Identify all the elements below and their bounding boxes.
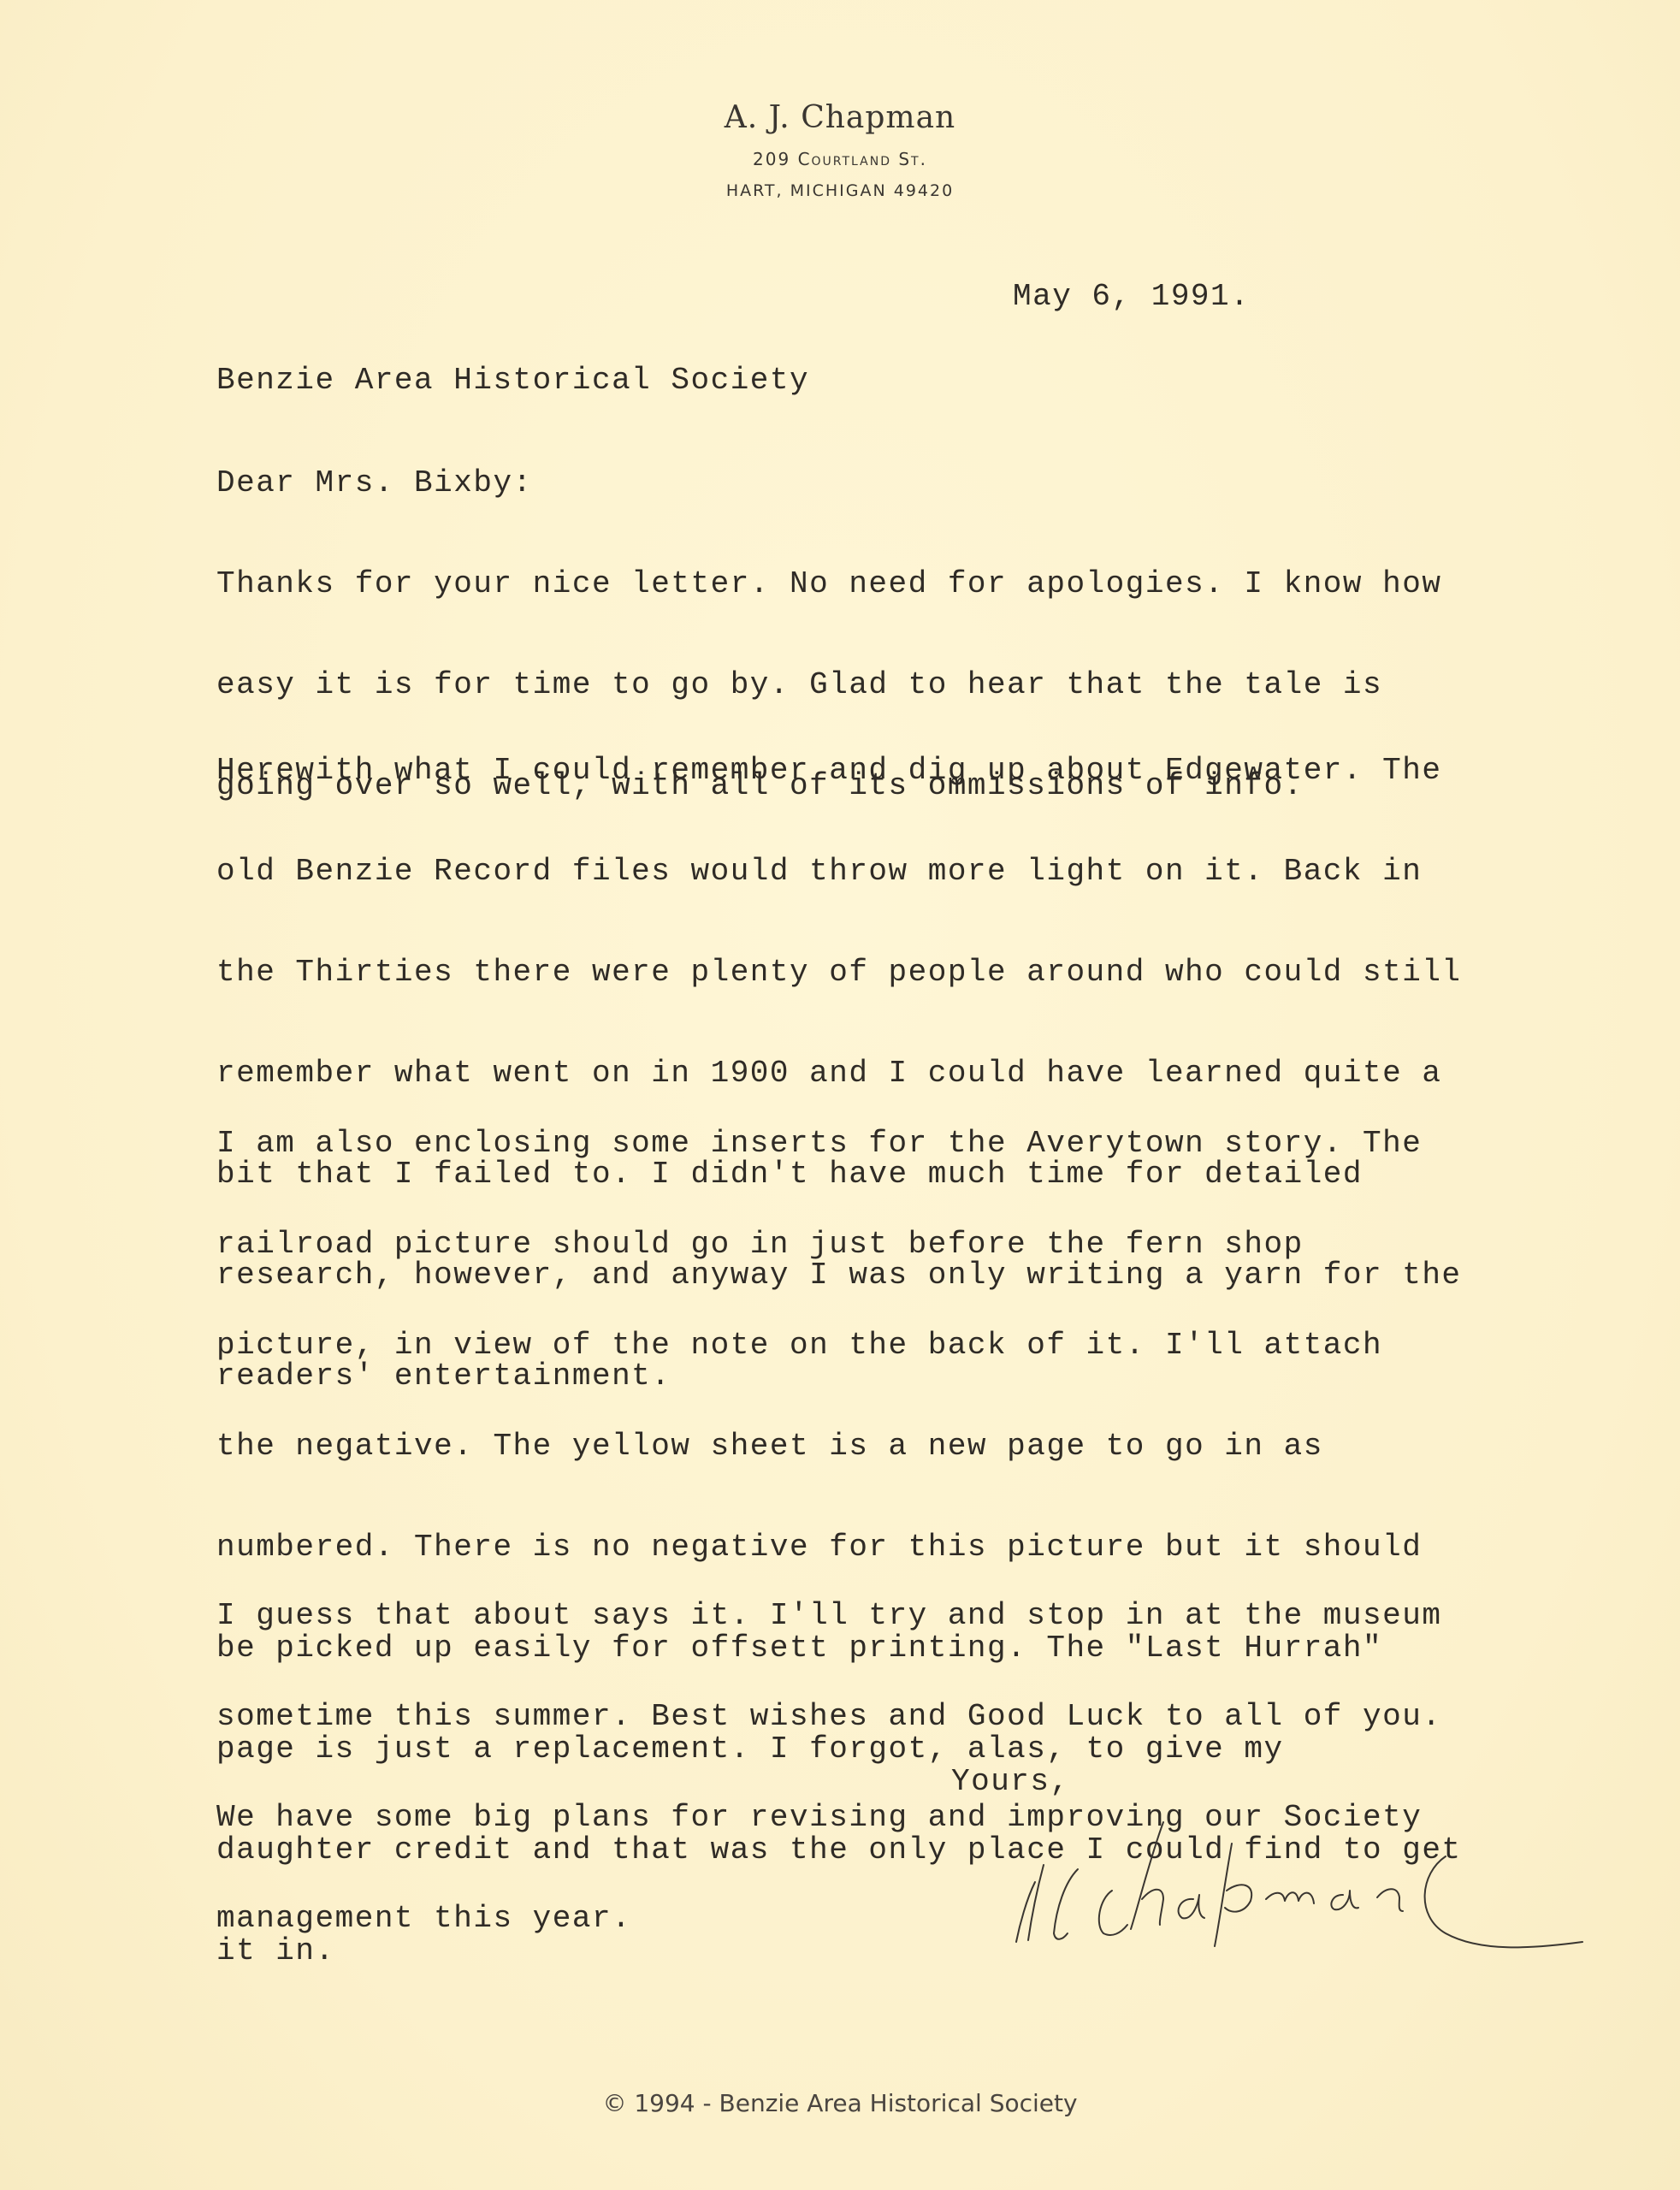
- letter-page: A. J. Chapman 209 Courtland St. HART, MI…: [0, 0, 1680, 2190]
- letter-recipient: Benzie Area Historical Society: [216, 363, 809, 398]
- text-line: I guess that about says it. I'll try and…: [216, 1590, 1585, 1641]
- text-line: railroad picture should go in just befor…: [216, 1219, 1585, 1270]
- letterhead-city: HART, MICHIGAN 49420: [0, 181, 1680, 200]
- letter-salutation: Dear Mrs. Bixby:: [216, 465, 533, 500]
- letterhead: A. J. Chapman 209 Courtland St. HART, MI…: [0, 103, 1680, 200]
- text-line: sometime this summer. Best wishes and Go…: [216, 1691, 1585, 1742]
- letter-closing: Yours,: [951, 1764, 1070, 1799]
- text-line: the Thirties there were plenty of people…: [216, 947, 1585, 997]
- text-line: Thanks for your nice letter. No need for…: [216, 559, 1585, 609]
- text-line: old Benzie Record files would throw more…: [216, 846, 1585, 897]
- letterhead-street: 209 Courtland St.: [0, 149, 1680, 169]
- letter-date: May 6, 1991.: [1013, 279, 1250, 314]
- copyright-footer: © 1994 - Benzie Area Historical Society: [0, 2089, 1680, 2117]
- text-line: I am also enclosing some inserts for the…: [216, 1118, 1585, 1169]
- signature-image: [984, 1805, 1680, 1950]
- text-line: picture, in view of the note on the back…: [216, 1320, 1585, 1370]
- text-line: Herewith what I could remember and dig u…: [216, 745, 1585, 796]
- letterhead-name: A. J. Chapman: [0, 103, 1680, 133]
- text-line: the negative. The yellow sheet is a new …: [216, 1421, 1585, 1471]
